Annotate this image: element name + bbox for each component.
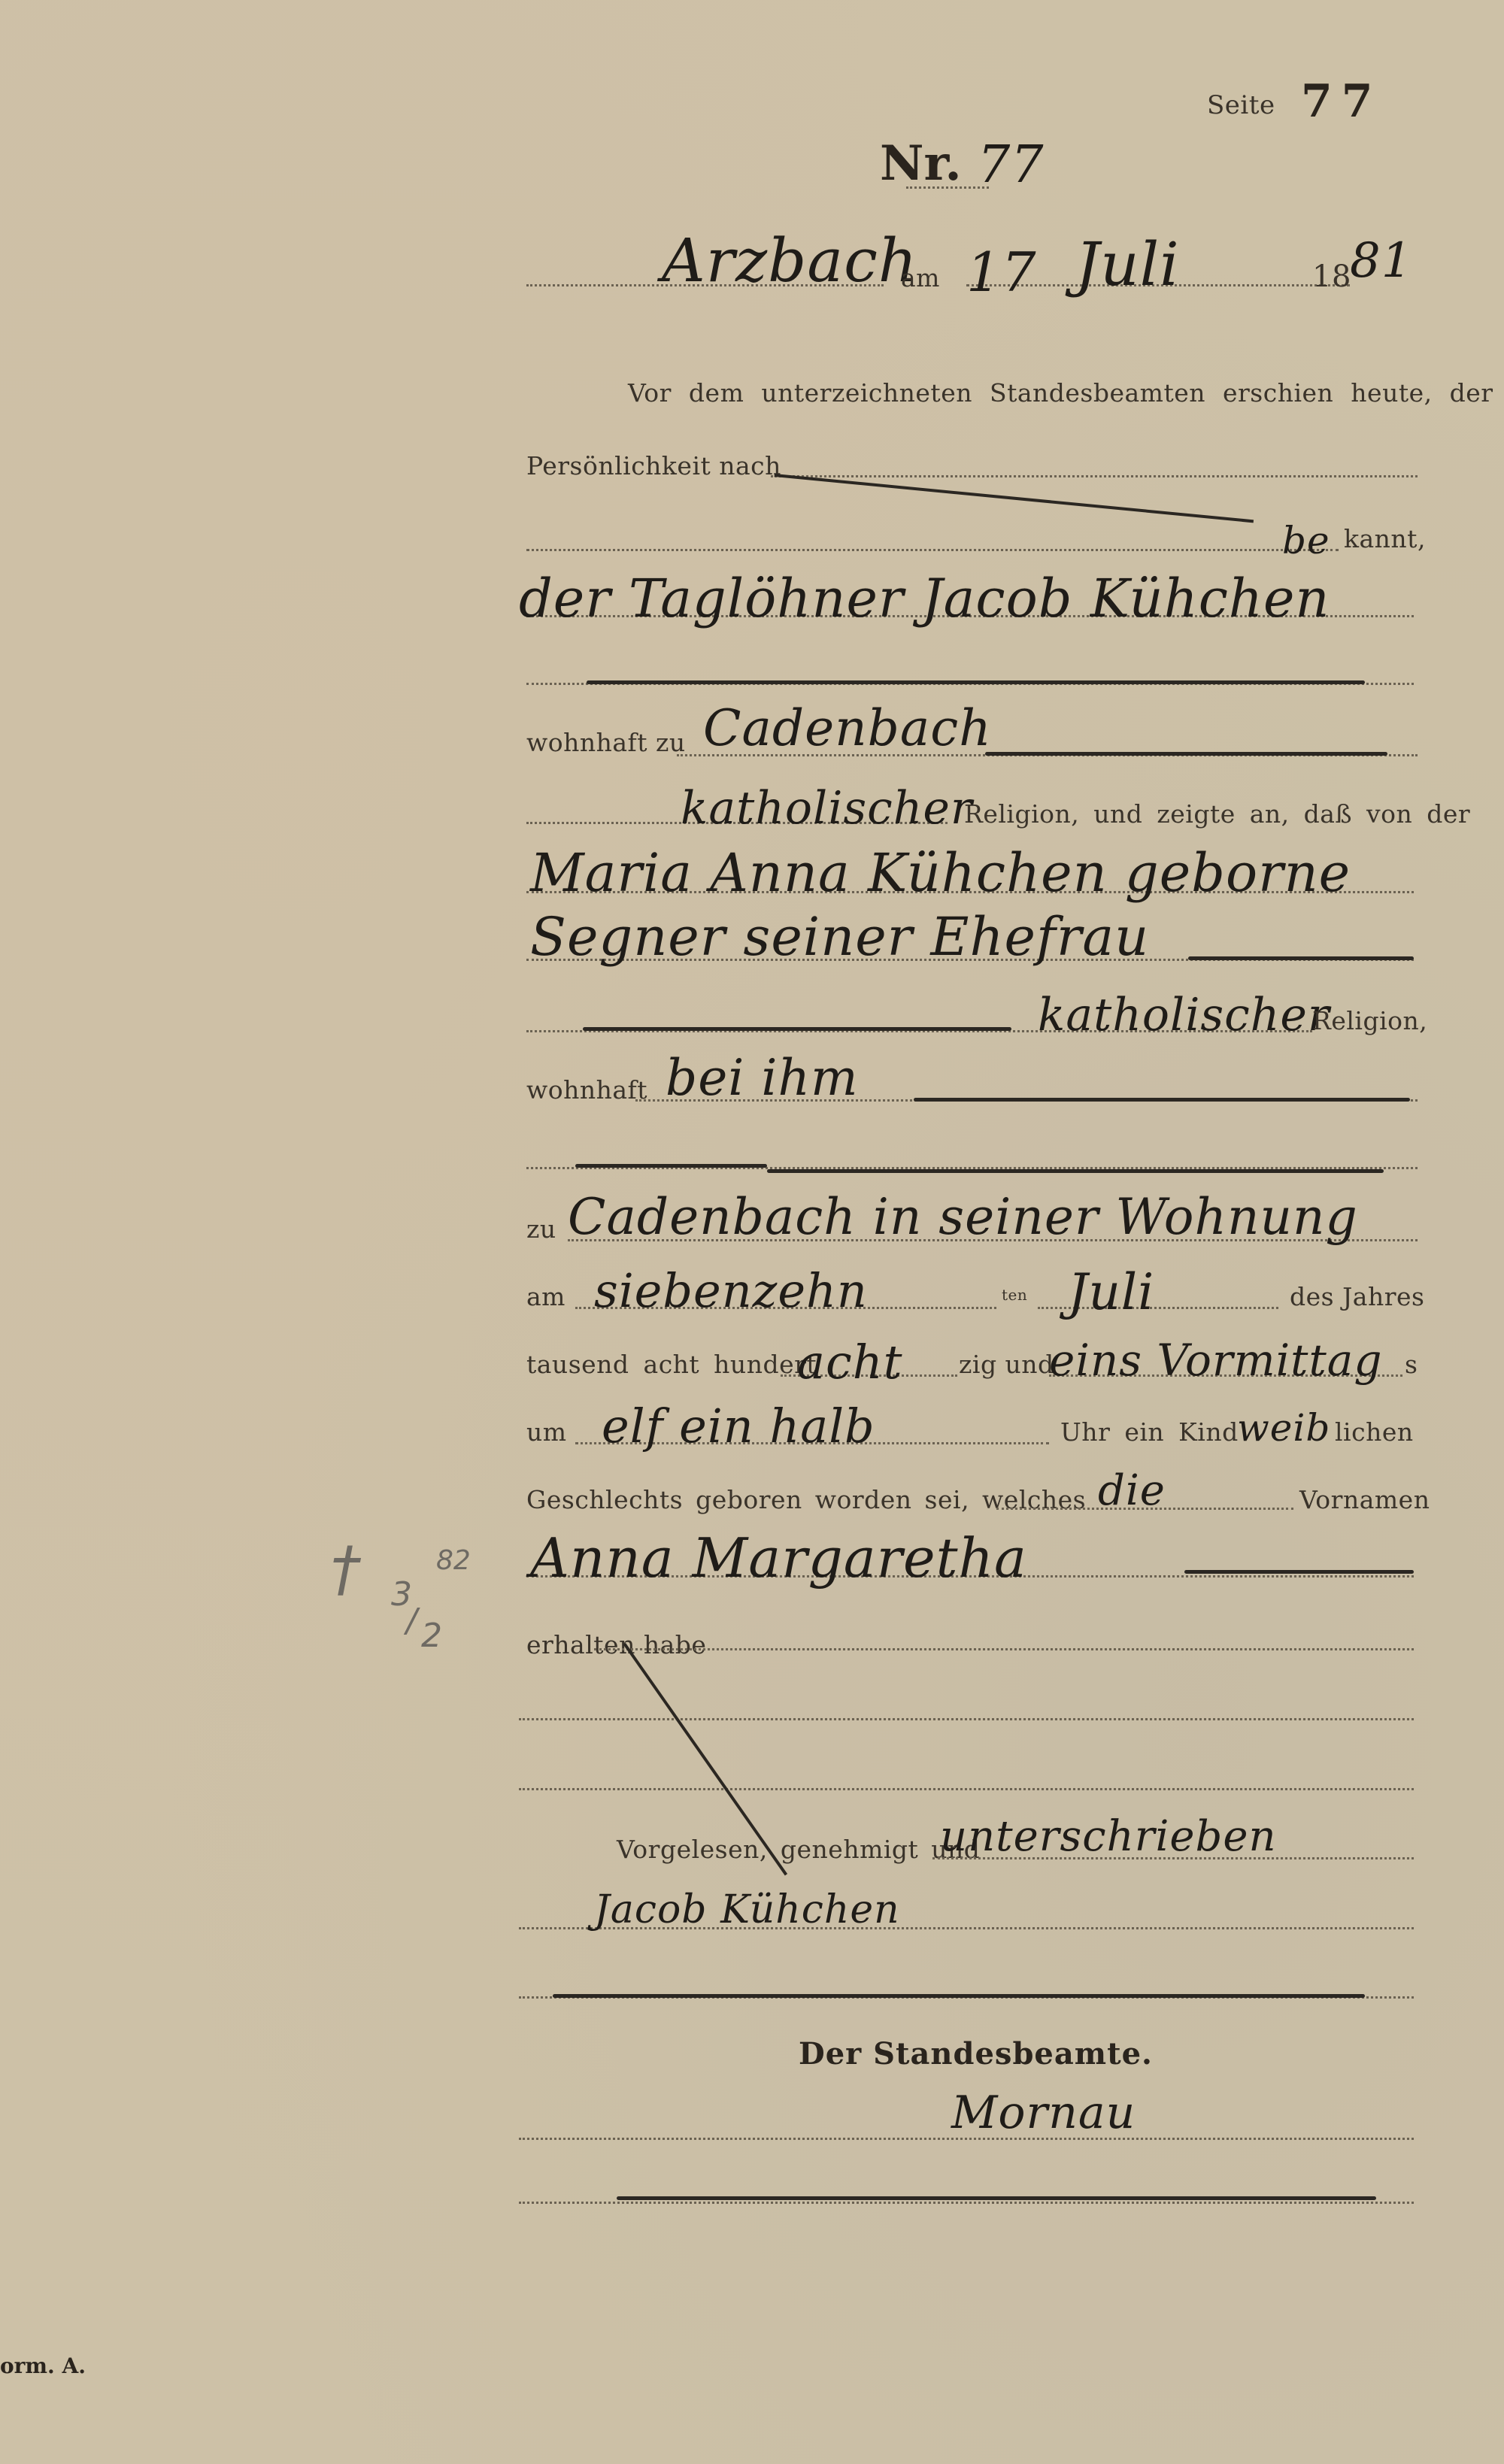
am-label-2: am [526,1282,566,1311]
religion-tail: Religion, und zeigte an, daß von der [964,799,1470,829]
s-label: s [1405,1350,1418,1379]
record-number-label: Nr. [880,135,962,192]
erhalten-line [594,1648,1414,1650]
name-article: die [1098,1466,1166,1515]
mother-name-stroke [1188,956,1414,960]
mother-religion: katholischer [1038,989,1330,1041]
vornamen-label: Vornamen [1299,1485,1430,1514]
day-value: 17 [966,241,1037,304]
blank-stroke-1a [575,1164,767,1168]
ten-label: ten [1002,1286,1027,1304]
official-title: Der Standesbeamte. [799,2036,1153,2072]
declarant-signature: Jacob Kühchen [594,1887,900,1932]
am-label: am [901,263,940,292]
declarant-name: der Taglöhner Jacob Kühchen [519,568,1330,629]
margin-date-month: 2 [421,1617,442,1655]
year-prefix-label: tausend acht hundert [526,1350,817,1379]
birth-place: Cadenbach in seiner Wohnung [568,1188,1358,1246]
uhr-label: Uhr ein Kind [1060,1417,1239,1447]
final-stroke [617,2196,1376,2200]
birth-day-word: siebenzehn [594,1263,868,1318]
child-name-stroke [1184,1570,1414,1574]
geschlechts-label: Geschlechts geboren worden sei, welches [526,1485,1086,1514]
year-suffix: 81 [1350,233,1412,289]
blank-line-2 [519,1718,1414,1720]
place-value: Arzbach [662,226,917,295]
margin-cross-icon: † [331,1534,361,1604]
declarant-extra-stroke [587,680,1365,684]
final-line [519,2202,1414,2204]
year-prefix: 18 [1312,259,1351,294]
blank-stroke-1b [767,1169,1384,1173]
mother-religion-label: Religion, [1312,1006,1427,1035]
persoenlichkeit-line [771,475,1418,477]
strike-through-line [775,474,1254,523]
wohnhaft-label: wohnhaft zu [526,728,686,757]
mother-name-2: Segner seiner Ehefrau [530,906,1149,968]
mother-residence-stroke [914,1098,1410,1102]
intro-text: Vor dem unterzeichneten Standesbeamten e… [628,378,1493,408]
record-number-line [906,186,989,189]
signature-stroke [553,1994,1365,1998]
month-value: Juli [1075,229,1180,299]
form-marker: orm. A. [0,2353,86,2378]
des-jahres-label: des Jahres [1290,1282,1424,1311]
mother-wohnhaft-label: wohnhaft [526,1075,647,1105]
birth-month: Juli [1068,1263,1154,1321]
um-label: um [526,1417,567,1447]
mother-religion-stroke [583,1027,1011,1031]
zig-label: zig und [959,1350,1054,1379]
erhalten-label: erhalten habe [526,1630,706,1659]
bekannt-line [526,549,1339,551]
page-label: Seite [1207,90,1275,120]
bekannt-prefix: be [1282,519,1330,562]
bekannt-suffix: kannt, [1344,524,1426,553]
birth-unit-time: eins Vormittag [1049,1335,1383,1386]
lichen-label: lichen [1335,1417,1414,1447]
mother-residence: bei ihm [666,1049,859,1107]
zu-label: zu [526,1214,556,1244]
birth-time: elf ein halb [602,1399,875,1453]
page-number: 77 [1301,75,1382,128]
vorgelesen-label: Vorgelesen, genehmigt und [617,1835,980,1864]
birth-decade: acht [797,1335,903,1390]
unterschrieben-value: unterschrieben [940,1812,1277,1861]
official-signature: Mornau [951,2087,1136,2139]
residence-stroke [985,752,1387,756]
official-signature-line [519,2138,1414,2140]
blank-line-3 [519,1788,1414,1790]
mother-name-1: Maria Anna Kühchen geborne [530,842,1351,904]
child-sex: weib [1237,1406,1330,1450]
margin-date-slash: / [406,1602,417,1640]
persoenlichkeit-label: Persönlichkeit nach [526,451,781,480]
declarant-religion: katholischer [681,782,973,835]
child-name: Anna Margaretha [530,1526,1027,1590]
declarant-residence: Cadenbach [703,699,992,757]
margin-date-year: 82 [436,1545,471,1576]
